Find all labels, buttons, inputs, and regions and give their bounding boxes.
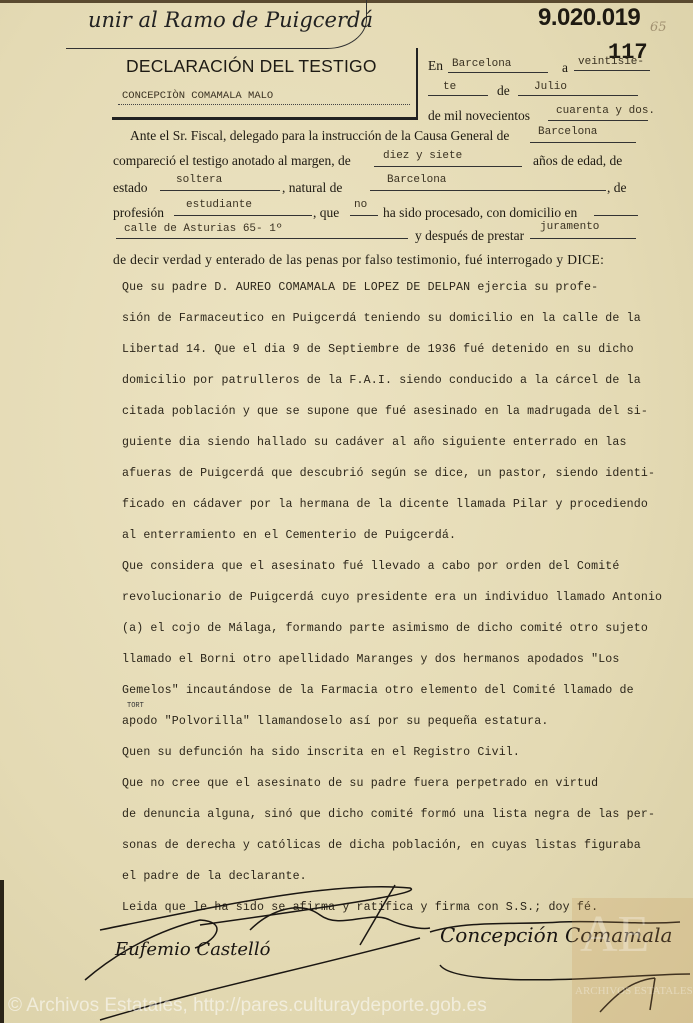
body-line: Libertad 14. Que el dia 9 de Septiembre …	[122, 343, 634, 356]
witness-name-line	[118, 104, 410, 105]
body-line: sonas de derecha y católicas de dicha po…	[122, 839, 641, 852]
procesado-value: no	[354, 199, 367, 211]
copyright-watermark: © Archivos Estatales, http://pares.cultu…	[8, 995, 487, 1017]
natural-line	[370, 190, 606, 191]
estado-label: estado	[113, 180, 148, 196]
month-value: Julio	[534, 81, 567, 93]
prestar-value: juramento	[540, 221, 599, 233]
document-number: 9.020.019	[538, 4, 640, 32]
procesado-suffix: ha sido procesado, con domicilio en	[383, 205, 577, 221]
body-line: (a) el cojo de Málaga, formando parte as…	[122, 622, 648, 635]
archive-logo-subtitle: ARCHIVOS ESTATALES	[575, 985, 693, 997]
profesion-label: profesión	[113, 205, 164, 221]
que-label: , que	[313, 205, 339, 221]
age-value: diez y siete	[383, 150, 462, 162]
body-line: apodo "Polvorilla" llamandoselo así por …	[122, 715, 548, 728]
year-value: cuarenta y dos.	[556, 105, 655, 117]
natural-value: Barcelona	[387, 174, 446, 186]
body-line: de denuncia alguna, sinó que dicho comit…	[122, 808, 655, 821]
body-line: domicilio por patrulleros de la F.A.I. s…	[122, 374, 641, 387]
body-line: sión de Farmaceutico en Puigcerdá tenien…	[122, 312, 641, 325]
witness-name: CONCEPCIÒN COMAMALA MALO	[122, 90, 273, 102]
body-line: ficado en cádaver por la hermana de la d…	[122, 498, 648, 511]
profesion-value: estudiante	[186, 199, 252, 211]
month-line	[518, 95, 638, 96]
domicilio-line-start	[594, 215, 638, 216]
de-label: de	[497, 83, 510, 99]
en-label: En	[428, 58, 443, 74]
domicilio-value: calle de Asturias 65- 1º	[124, 223, 282, 235]
body-line: Que su padre D. AUREO COMAMALA DE LOPEZ …	[122, 281, 598, 294]
day-value-part2: te	[443, 81, 456, 93]
body-line: guiente dia siendo hallado su cadáver al…	[122, 436, 627, 449]
body-line: citada población y que se supone que fué…	[122, 405, 648, 418]
prestar-label: y después de prestar	[415, 228, 524, 244]
day-line-2	[428, 95, 488, 96]
year-line	[548, 120, 648, 121]
procesado-line	[350, 215, 378, 216]
day-value-part1: veintisie-	[578, 56, 644, 68]
day-line	[574, 70, 650, 71]
place-line	[448, 72, 548, 73]
causa-line	[530, 142, 636, 143]
oath-statement: de decir verdad y enterado de las penas …	[113, 252, 604, 268]
handwritten-annotation: unir al Ramo de Puigcerdá	[88, 8, 373, 32]
causa-general-value: Barcelona	[538, 126, 597, 138]
body-line: al enterramiento en el Cementerio de Pui…	[122, 529, 456, 542]
official-signature: Eufemio Castelló	[114, 939, 271, 960]
domicilio-line	[116, 238, 408, 239]
natural-label: , natural de	[282, 180, 342, 196]
prestar-line	[530, 238, 636, 239]
year-label: de mil novecientos	[428, 108, 530, 124]
fiscal-label: Ante el Sr. Fiscal, delegado para la ins…	[130, 128, 509, 144]
place-value: Barcelona	[452, 58, 511, 70]
age-line	[374, 166, 522, 167]
body-line: llamado el Borni otro apellidado Marange…	[122, 653, 620, 666]
body-line: Que considera que el asesinato fué lleva…	[122, 560, 620, 573]
body-line: Gemelos" incautándose de la Farmacia otr…	[122, 684, 634, 697]
body-line: afueras de Puigcerdá que descubrió según…	[122, 467, 655, 480]
age-suffix: años de edad, de	[533, 153, 622, 169]
a-label: a	[562, 60, 568, 76]
natural-suffix: , de	[607, 180, 627, 196]
page-title: DECLARACIÓN DEL TESTIGO	[126, 56, 377, 77]
archive-logo-letters: AE	[580, 905, 649, 964]
estado-value: soltera	[176, 174, 222, 186]
estado-line	[160, 190, 280, 191]
body-line: Quen su defunción ha sido inscrita en el…	[122, 746, 520, 759]
age-label: compareció el testigo anotado al margen,…	[113, 153, 351, 169]
pencil-page-number: 65	[650, 20, 667, 35]
profesion-line	[174, 215, 312, 216]
margin-note: TORT	[127, 702, 144, 710]
body-line: revolucionario de Puigcerdá cuyo preside…	[122, 591, 662, 604]
page-border	[0, 880, 4, 1023]
body-line: Que no cree que el asesinato de su padre…	[122, 777, 598, 790]
